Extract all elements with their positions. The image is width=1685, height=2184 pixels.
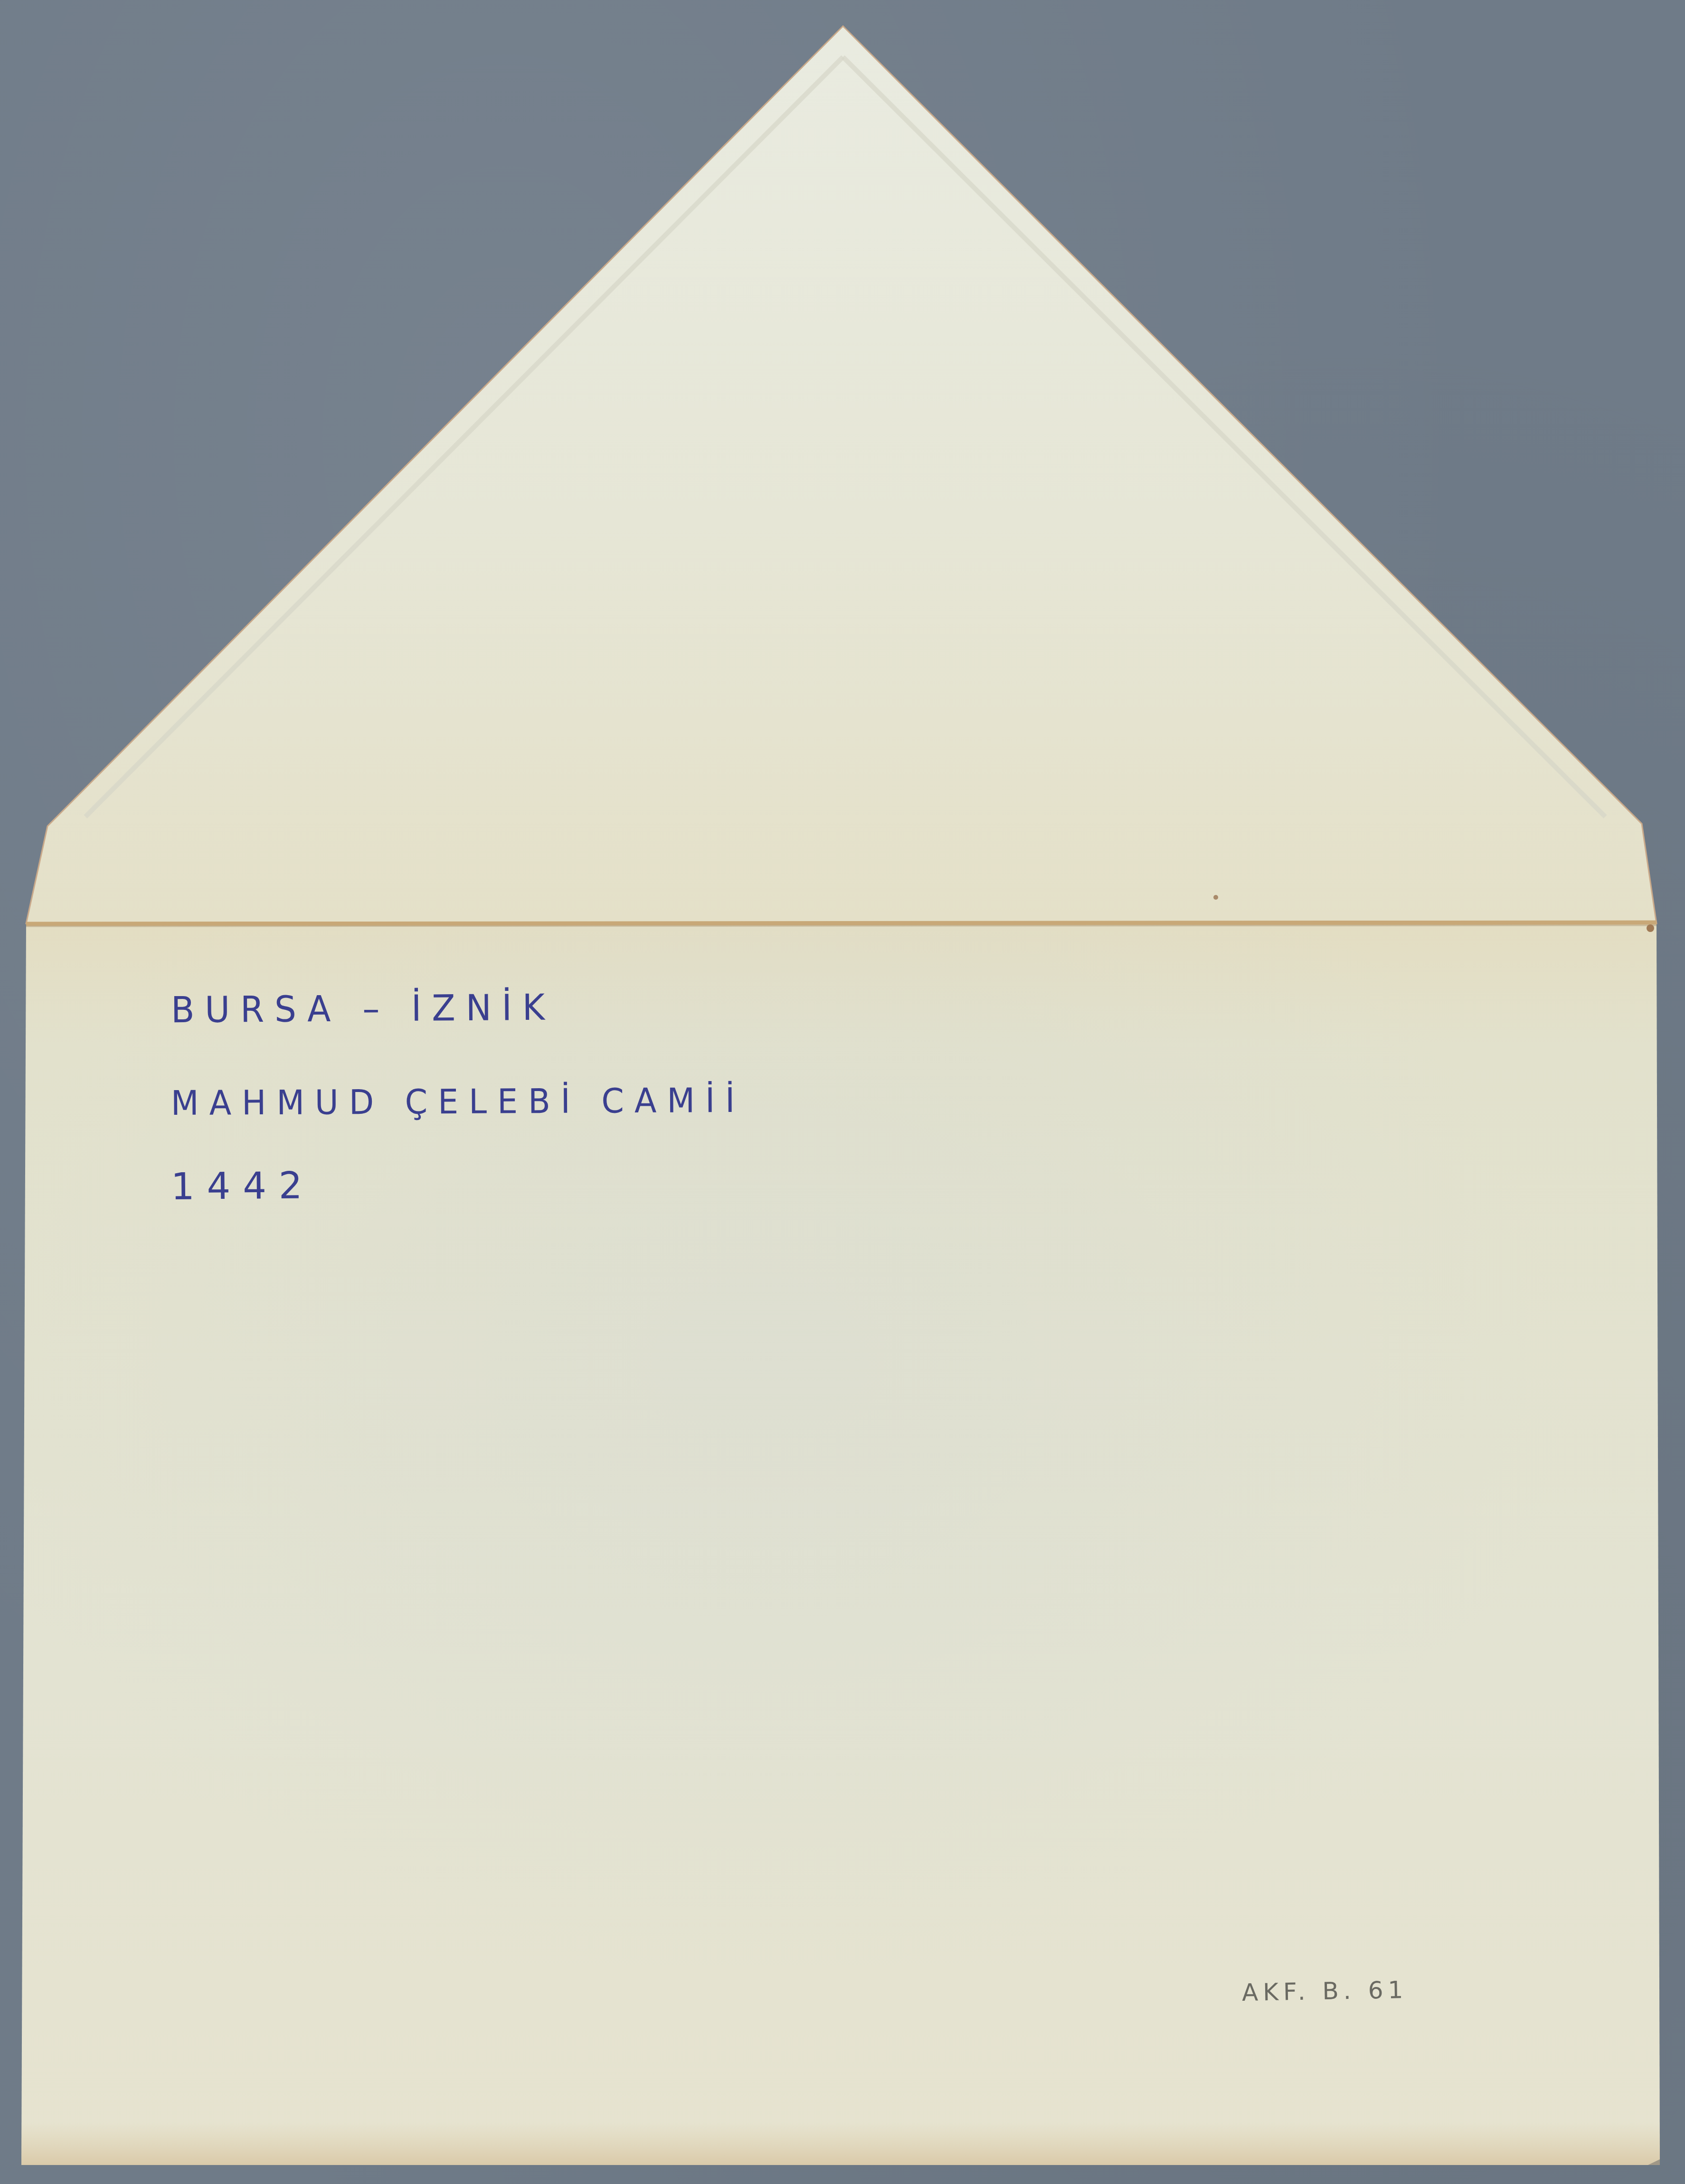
archive-reference-number: AKF. B. 61 <box>1242 1976 1408 2006</box>
handwritten-location: BURSA – İZNİK <box>171 986 556 1031</box>
envelope-flap <box>26 26 1657 923</box>
handwritten-year: 1442 <box>171 1164 315 1208</box>
scanned-document: BURSA – İZNİK MAHMUD ÇELEBİ CAMİİ 1442 A… <box>0 0 1685 2184</box>
handwritten-monument-name: MAHMUD ÇELEBİ CAMİİ <box>171 1081 746 1123</box>
